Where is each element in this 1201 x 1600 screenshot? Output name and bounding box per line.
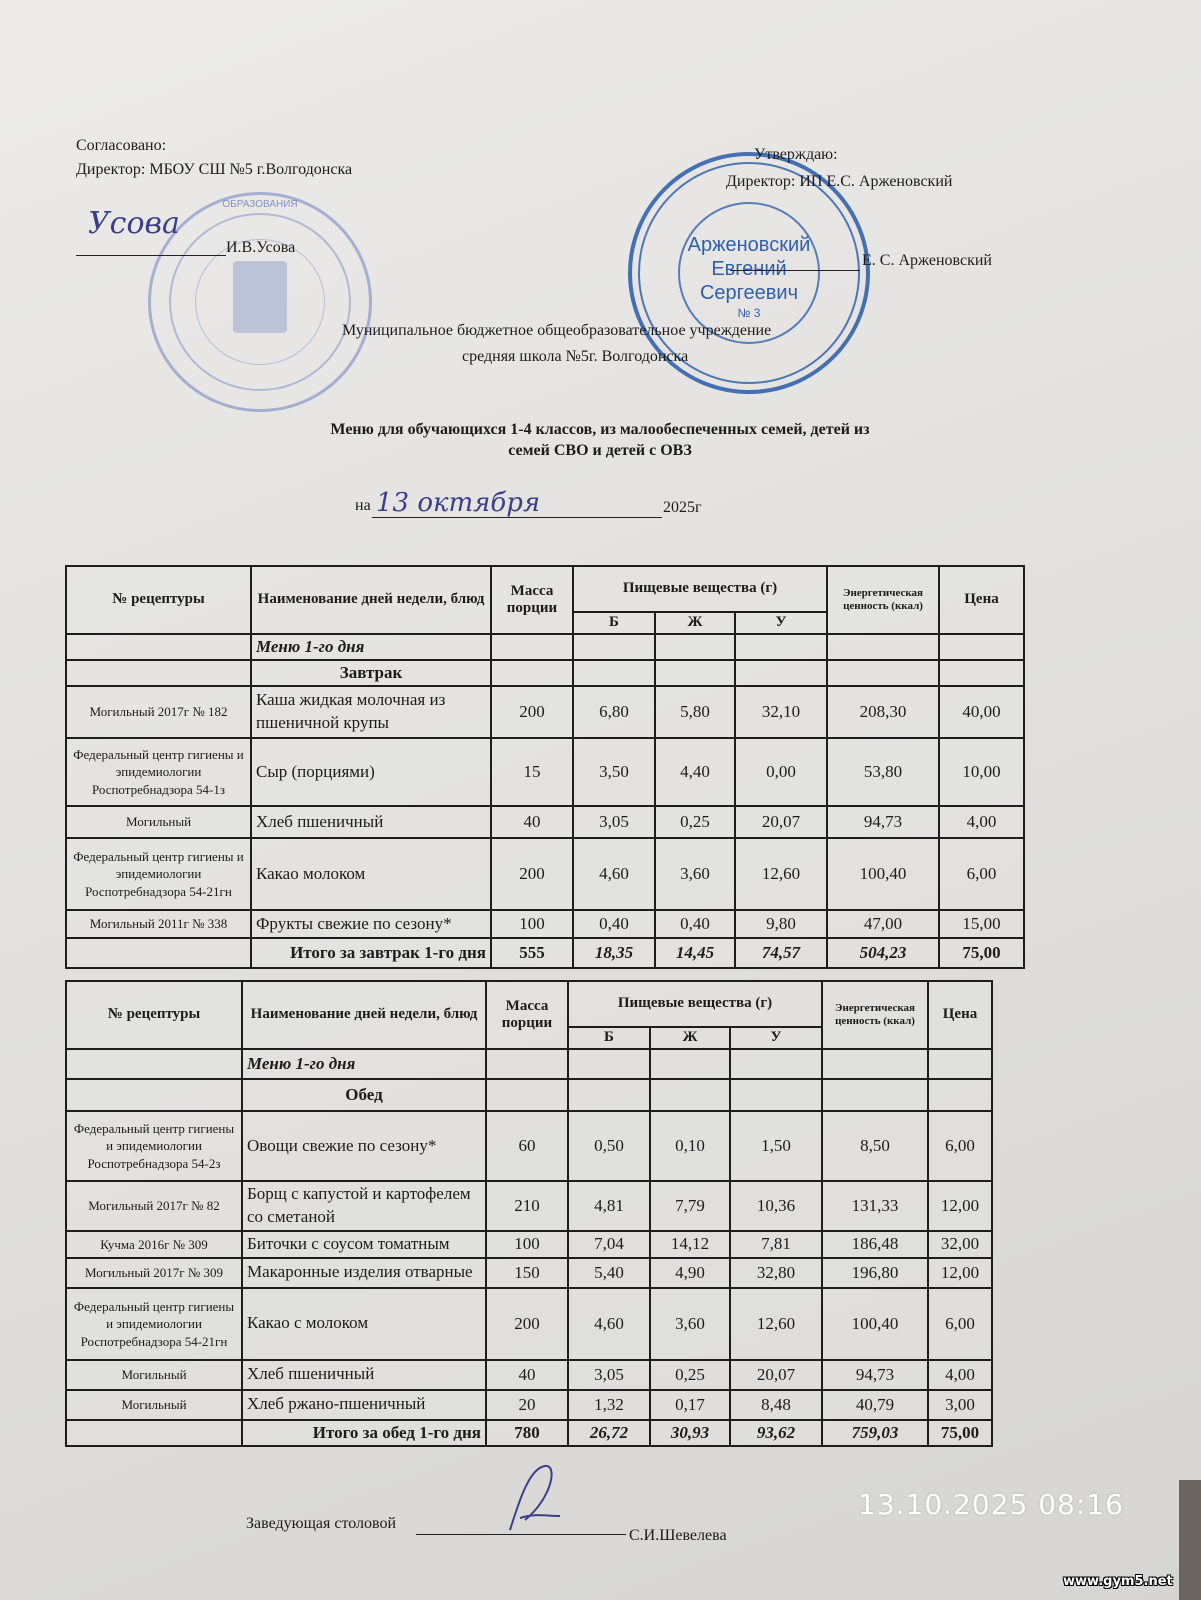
carb-value: 20,07 <box>735 806 827 838</box>
recipe-source: Федеральный центр гигиены и эпидемиологи… <box>66 738 251 806</box>
fat-value: 0,17 <box>650 1390 730 1420</box>
recipe-source: Кучма 2016г № 309 <box>66 1231 242 1258</box>
left-signature-line <box>76 255 226 256</box>
dish-name: Овощи свежие по сезону* <box>242 1111 486 1181</box>
recipe-source: Могильный 2011г № 338 <box>66 910 251 938</box>
school-name-line-2: средняя школа №5г. Волгодонска <box>462 348 688 366</box>
protein-value: 4,60 <box>573 838 655 910</box>
carb-value: 8,48 <box>730 1390 822 1420</box>
menu-item-row: МогильныйХлеб ржано-пшеничный201,320,178… <box>66 1390 992 1420</box>
stamp-left-outer-text: ОБРАЗОВАНИЯ <box>151 199 369 210</box>
total-u: 74,57 <box>735 938 827 968</box>
energy-value: 53,80 <box>827 738 939 806</box>
col-b-header: Б <box>568 1027 650 1049</box>
carb-value: 10,36 <box>730 1181 822 1231</box>
total-b: 18,35 <box>573 938 655 968</box>
agreed-label: Согласовано: <box>76 137 166 155</box>
date-year: 2025г <box>663 499 702 517</box>
dish-name: Хлеб пшеничный <box>251 806 491 838</box>
menu-item-row: Федеральный центр гигиены и эпидемиологи… <box>66 738 1024 806</box>
recipe-source: Федеральный центр гигиены и эпидемиологи… <box>66 838 251 910</box>
energy-value: 208,30 <box>827 686 939 738</box>
fat-value: 0,10 <box>650 1111 730 1181</box>
recipe-source: Могильный 2017г № 309 <box>66 1258 242 1288</box>
recipe-source: Федеральный центр гигиены и эпидемиологи… <box>66 1111 242 1181</box>
menu-item-row: Могильный 2017г № 309Макаронные изделия … <box>66 1258 992 1288</box>
menu-item-row: МогильныйХлеб пшеничный403,050,2520,0794… <box>66 806 1024 838</box>
right-signature-name: Е. С. Арженовский <box>862 252 992 270</box>
dish-name: Хлеб ржано-пшеничный <box>242 1390 486 1420</box>
col-zh-header: Ж <box>650 1027 730 1049</box>
handwritten-date: 13 октября <box>376 488 540 518</box>
total-label: Итого за обед 1-го дня <box>242 1420 486 1446</box>
dish-name: Какао с молоком <box>242 1288 486 1360</box>
total-price: 75,00 <box>928 1420 992 1446</box>
col-u-header: У <box>730 1027 822 1049</box>
portion-mass: 200 <box>491 686 573 738</box>
protein-value: 3,50 <box>573 738 655 806</box>
section-label: Завтрак <box>251 660 491 686</box>
footer-name: С.И.Шевелева <box>629 1527 727 1545</box>
carb-value: 12,60 <box>730 1288 822 1360</box>
col-energy-header: Энергетическая ценность (ккал) <box>822 981 928 1049</box>
menu-item-row: Федеральный центр гигиены и эпидемиологи… <box>66 1288 992 1360</box>
energy-value: 94,73 <box>822 1360 928 1390</box>
dish-name: Какао молоком <box>251 838 491 910</box>
portion-mass: 200 <box>491 838 573 910</box>
breakfast-menu-table: № рецептуры Наименование дней недели, бл… <box>65 565 1025 969</box>
dish-name: Биточки с соусом томатным <box>242 1231 486 1258</box>
energy-value: 131,33 <box>822 1181 928 1231</box>
energy-value: 8,50 <box>822 1111 928 1181</box>
fat-value: 4,40 <box>655 738 735 806</box>
day-label-row: Меню 1-го дня <box>66 634 1024 660</box>
dish-name: Каша жидкая молочная из пшеничной крупы <box>251 686 491 738</box>
price-value: 15,00 <box>939 910 1024 938</box>
footer-signature-scribble <box>490 1458 570 1538</box>
portion-mass: 200 <box>486 1288 568 1360</box>
recipe-source: Федеральный центр гигиены и эпидемиологи… <box>66 1288 242 1360</box>
section-label-row: Обед <box>66 1079 992 1111</box>
section-label: Обед <box>242 1079 486 1111</box>
photo-background-edge <box>1179 1480 1201 1600</box>
price-value: 12,00 <box>928 1181 992 1231</box>
portion-mass: 15 <box>491 738 573 806</box>
fat-value: 0,40 <box>655 910 735 938</box>
dish-name: Макаронные изделия отварные <box>242 1258 486 1288</box>
carb-value: 32,80 <box>730 1258 822 1288</box>
total-energy: 759,03 <box>822 1420 928 1446</box>
menu-item-row: Федеральный центр гигиены и эпидемиологи… <box>66 838 1024 910</box>
energy-value: 186,48 <box>822 1231 928 1258</box>
fat-value: 14,12 <box>650 1231 730 1258</box>
menu-title-line-2: семей СВО и детей с ОВЗ <box>250 442 950 460</box>
carb-value: 9,80 <box>735 910 827 938</box>
price-value: 40,00 <box>939 686 1024 738</box>
portion-mass: 210 <box>486 1181 568 1231</box>
total-u: 93,62 <box>730 1420 822 1446</box>
energy-value: 47,00 <box>827 910 939 938</box>
stamp-name-line-3: Сергеевич <box>632 282 866 305</box>
col-nutrients-header: Пищевые вещества (г) <box>568 981 822 1027</box>
price-value: 4,00 <box>939 806 1024 838</box>
portion-mass: 40 <box>486 1360 568 1390</box>
photo-timestamp: 13.10.2025 08:16 <box>858 1488 1124 1521</box>
fat-value: 0,25 <box>650 1360 730 1390</box>
portion-mass: 60 <box>486 1111 568 1181</box>
col-b-header: Б <box>573 612 655 634</box>
total-price: 75,00 <box>939 938 1024 968</box>
total-mass: 555 <box>491 938 573 968</box>
fat-value: 4,90 <box>650 1258 730 1288</box>
col-price-header: Цена <box>928 981 992 1049</box>
menu-item-row: Могильный 2017г № 182Каша жидкая молочна… <box>66 686 1024 738</box>
section-label-row: Завтрак <box>66 660 1024 686</box>
dish-name: Борщ с капустой и картофелем со сметаной <box>242 1181 486 1231</box>
recipe-source: Могильный <box>66 1360 242 1390</box>
protein-value: 0,40 <box>573 910 655 938</box>
right-director-line: Директор: ИП Е.С. Арженовский <box>726 173 952 191</box>
day-label: Меню 1-го дня <box>242 1049 486 1079</box>
energy-value: 100,40 <box>827 838 939 910</box>
carb-value: 12,60 <box>735 838 827 910</box>
total-zh: 30,93 <box>650 1420 730 1446</box>
stamp-name-line-1: Арженовский <box>632 234 866 257</box>
dish-name: Хлеб пшеничный <box>242 1360 486 1390</box>
portion-mass: 100 <box>491 910 573 938</box>
price-value: 3,00 <box>928 1390 992 1420</box>
date-prefix: на <box>355 497 371 515</box>
col-mass-header: Масса порции <box>491 566 573 634</box>
carb-value: 7,81 <box>730 1231 822 1258</box>
col-recipe-header: № рецептуры <box>66 566 251 634</box>
col-dish-header: Наименование дней недели, блюд <box>251 566 491 634</box>
protein-value: 4,60 <box>568 1288 650 1360</box>
site-watermark: www.gym5.net <box>1063 1574 1173 1589</box>
protein-value: 5,40 <box>568 1258 650 1288</box>
left-signature-name: И.В.Усова <box>226 239 295 257</box>
right-signature-line <box>730 270 860 271</box>
col-u-header: У <box>735 612 827 634</box>
menu-item-row: Федеральный центр гигиены и эпидемиологи… <box>66 1111 992 1181</box>
menu-item-row: Кучма 2016г № 309Биточки с соусом томатн… <box>66 1231 992 1258</box>
coat-of-arms-icon <box>233 261 287 333</box>
energy-value: 196,80 <box>822 1258 928 1288</box>
col-mass-header: Масса порции <box>486 981 568 1049</box>
total-label: Итого за завтрак 1-го дня <box>251 938 491 968</box>
total-row: Итого за обед 1-го дня 780 26,72 30,93 9… <box>66 1420 992 1446</box>
protein-value: 3,05 <box>573 806 655 838</box>
left-director-line: Директор: МБОУ СШ №5 г.Волгодонска <box>76 161 352 179</box>
price-value: 4,00 <box>928 1360 992 1390</box>
total-energy: 504,23 <box>827 938 939 968</box>
protein-value: 4,81 <box>568 1181 650 1231</box>
school-stamp: ОБРАЗОВАНИЯ <box>148 192 372 412</box>
lunch-menu-table: № рецептуры Наименование дней недели, бл… <box>65 980 993 1447</box>
menu-item-row: Могильный 2011г № 338Фрукты свежие по се… <box>66 910 1024 938</box>
school-name-line-1: Муниципальное бюджетное общеобразователь… <box>342 322 771 340</box>
menu-item-row: Могильный 2017г № 82Борщ с капустой и ка… <box>66 1181 992 1231</box>
day-label: Меню 1-го дня <box>251 634 491 660</box>
left-signature-scribble: Усова <box>88 206 180 241</box>
portion-mass: 20 <box>486 1390 568 1420</box>
dish-name: Фрукты свежие по сезону* <box>251 910 491 938</box>
recipe-source: Могильный 2017г № 182 <box>66 686 251 738</box>
protein-value: 0,50 <box>568 1111 650 1181</box>
price-value: 12,00 <box>928 1258 992 1288</box>
portion-mass: 100 <box>486 1231 568 1258</box>
energy-value: 94,73 <box>827 806 939 838</box>
footer-position: Заведующая столовой <box>246 1515 396 1533</box>
total-zh: 14,45 <box>655 938 735 968</box>
carb-value: 0,00 <box>735 738 827 806</box>
col-zh-header: Ж <box>655 612 735 634</box>
col-price-header: Цена <box>939 566 1024 634</box>
price-value: 6,00 <box>939 838 1024 910</box>
menu-item-row: МогильныйХлеб пшеничный403,050,2520,0794… <box>66 1360 992 1390</box>
total-mass: 780 <box>486 1420 568 1446</box>
protein-value: 3,05 <box>568 1360 650 1390</box>
carb-value: 1,50 <box>730 1111 822 1181</box>
carb-value: 32,10 <box>735 686 827 738</box>
protein-value: 6,80 <box>573 686 655 738</box>
menu-title-line-1: Меню для обучающихся 1-4 классов, из мал… <box>250 421 950 439</box>
protein-value: 7,04 <box>568 1231 650 1258</box>
protein-value: 1,32 <box>568 1390 650 1420</box>
day-label-row: Меню 1-го дня <box>66 1049 992 1079</box>
col-nutrients-header: Пищевые вещества (г) <box>573 566 827 612</box>
energy-value: 100,40 <box>822 1288 928 1360</box>
col-energy-header: Энергетическая ценность (ккал) <box>827 566 939 634</box>
total-row: Итого за завтрак 1-го дня 555 18,35 14,4… <box>66 938 1024 968</box>
dish-name: Сыр (порциями) <box>251 738 491 806</box>
recipe-source: Могильный 2017г № 82 <box>66 1181 242 1231</box>
carb-value: 20,07 <box>730 1360 822 1390</box>
fat-value: 0,25 <box>655 806 735 838</box>
col-recipe-header: № рецептуры <box>66 981 242 1049</box>
fat-value: 5,80 <box>655 686 735 738</box>
portion-mass: 40 <box>491 806 573 838</box>
price-value: 10,00 <box>939 738 1024 806</box>
approve-label: Утверждаю: <box>754 146 838 164</box>
fat-value: 3,60 <box>650 1288 730 1360</box>
fat-value: 3,60 <box>655 838 735 910</box>
fat-value: 7,79 <box>650 1181 730 1231</box>
price-value: 32,00 <box>928 1231 992 1258</box>
portion-mass: 150 <box>486 1258 568 1288</box>
price-value: 6,00 <box>928 1111 992 1181</box>
recipe-source: Могильный <box>66 806 251 838</box>
total-b: 26,72 <box>568 1420 650 1446</box>
col-dish-header: Наименование дней недели, блюд <box>242 981 486 1049</box>
price-value: 6,00 <box>928 1288 992 1360</box>
recipe-source: Могильный <box>66 1390 242 1420</box>
energy-value: 40,79 <box>822 1390 928 1420</box>
stamp-number: № 3 <box>632 306 866 320</box>
